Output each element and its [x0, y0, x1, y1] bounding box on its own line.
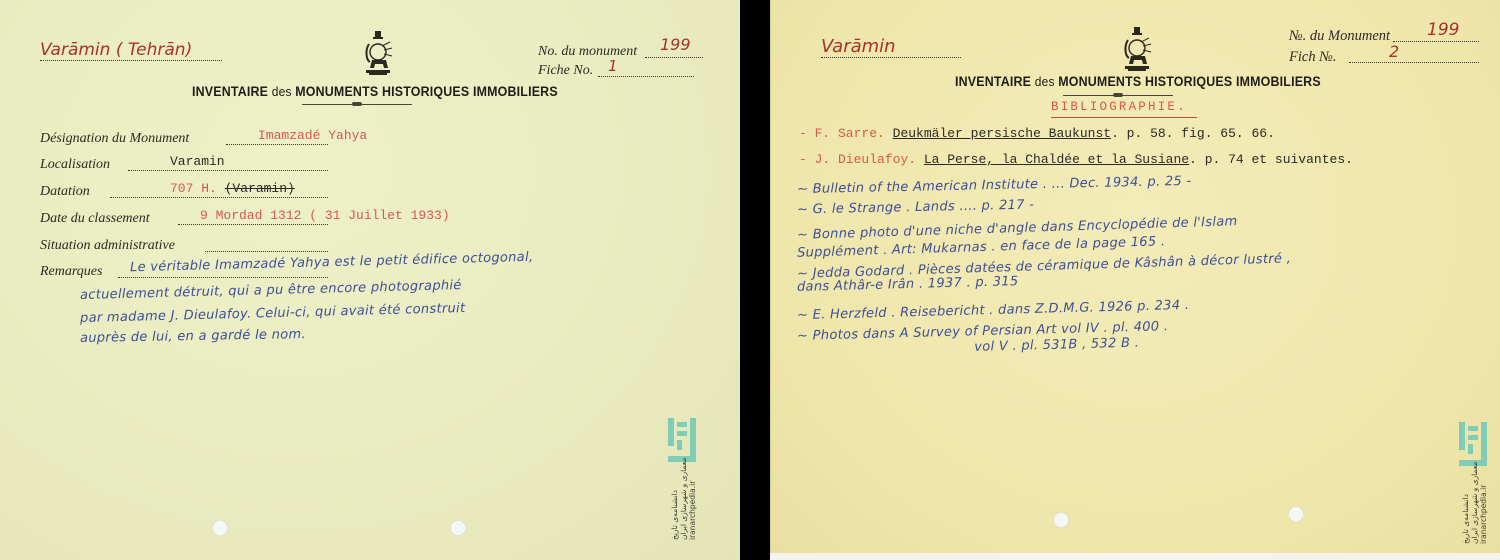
heading-part-3: MONUMENTS HISTORIQUES IMMOBILIERS — [1058, 74, 1321, 89]
watermark-text: دانشنامه‌ی تاریخ معماری و شهرسازی ایران … — [670, 470, 696, 540]
iranarchpedia-watermark: دانشنامه‌ی تاریخ معماری و شهرسازی ایران … — [668, 418, 696, 538]
inventory-heading: INVENTAIRE des MONUMENTS HISTORIQUES IMM… — [192, 84, 558, 99]
handwritten-reference: ~ Bulletin of the American Institute . .… — [797, 174, 1192, 197]
heading-part-2: des — [1035, 74, 1055, 89]
bibliography-section-title: BIBLIOGRAPHIE. — [1051, 100, 1187, 114]
field-value-localisation: Varamin — [170, 154, 225, 169]
lion-and-sun-emblem-icon — [360, 30, 396, 78]
remarks-line-2: actuellement détruit, qui a pu être enco… — [80, 278, 462, 303]
iranarchpedia-watermark: دانشنامه‌ی تاریخ معماری و شهرسازی ایران … — [1459, 422, 1487, 542]
watermark-line-3: iranarchpedia.ir — [688, 470, 697, 540]
lion-and-sun-emblem-icon — [1119, 26, 1155, 74]
reference-author: - F. Sarre. — [799, 126, 885, 141]
punch-hole — [1288, 506, 1304, 522]
inventory-heading: INVENTAIRE des MONUMENTS HISTORIQUES IMM… — [955, 74, 1321, 89]
reference-pages: . p. 74 et suivantes. — [1189, 152, 1353, 167]
punch-hole — [1053, 512, 1069, 528]
fiche-number-label: Fich №. — [1289, 49, 1337, 66]
remarks-line-4: auprès de lui, en a gardé le nom. — [80, 327, 306, 346]
punch-hole — [212, 520, 228, 536]
heading-part-1: INVENTAIRE — [192, 84, 268, 99]
iranarchpedia-logo-icon — [668, 418, 696, 462]
watermark-line-2: معماری و شهرسازی ایران — [1470, 474, 1479, 544]
fiche-number-value: 1 — [608, 57, 618, 75]
field-label-remarques: Remarques — [40, 264, 102, 280]
watermark-line-2: معماری و شهرسازی ایران — [679, 470, 688, 540]
field-value-datation: 707 H. (Varamin) — [170, 181, 295, 196]
card-location: Varāmin — [821, 36, 961, 58]
reference-pages: . p. 58. fig. 65. 66. — [1111, 126, 1275, 141]
watermark-line-3: iranarchpedia.ir — [1479, 474, 1488, 544]
watermark-text: دانشنامه‌ی تاریخ معماری و شهرسازی ایران … — [1461, 474, 1487, 544]
heading-ornament — [302, 104, 412, 105]
reference-title: La Perse, la Chaldée et la Susiane — [924, 152, 1189, 167]
reference-title: Deukmäler persische Baukunst — [893, 126, 1111, 141]
card-location: Varāmin ( Tehrān) — [40, 40, 222, 61]
remarks-line-3: par madame J. Dieulafoy. Celui-ci, qui a… — [80, 301, 466, 326]
bibliography-card-fiche-2: Varāmin №. du Monument 199 Fich №. 2 INV… — [770, 0, 1500, 553]
heading-part-3: MONUMENTS HISTORIQUES IMMOBILIERS — [295, 84, 558, 99]
watermark-line-1: دانشنامه‌ی تاریخ — [1461, 474, 1470, 544]
field-label-date-classement: Date du classement — [40, 211, 150, 227]
field-label-designation: Désignation du Monument — [40, 131, 189, 147]
monument-number-label: No. du monument — [538, 44, 637, 60]
iranarchpedia-logo-icon — [1459, 422, 1487, 466]
field-value-designation: Imamzadé Yahya — [258, 128, 367, 143]
section-title-underline — [1051, 117, 1197, 118]
typed-reference-sarre: - F. Sarre. Deukmäler persische Baukunst… — [799, 126, 1275, 141]
punch-hole — [450, 520, 466, 536]
reference-author: - J. Dieulafoy. — [799, 152, 916, 167]
watermark-line-1: دانشنامه‌ی تاریخ — [670, 470, 679, 540]
heading-part-2: des — [272, 84, 292, 99]
monument-number-value: 199 — [660, 35, 691, 54]
field-label-situation: Situation administrative — [40, 238, 175, 254]
typed-reference-dieulafoy: - J. Dieulafoy. La Perse, la Chaldée et … — [799, 152, 1353, 167]
field-value-date-classement: 9 Mordad 1312 ( 31 Juillet 1933) — [200, 208, 450, 223]
remarks-line-1: Le véritable Imamzadé Yahya est le petit… — [130, 250, 534, 276]
inventory-card-fiche-1: Varāmin ( Tehrān) No. du monument 199 Fi… — [0, 0, 740, 560]
fiche-number-label: Fiche No. — [538, 63, 593, 79]
field-label-localisation: Localisation — [40, 157, 110, 173]
heading-part-1: INVENTAIRE — [955, 74, 1031, 89]
heading-ornament — [1063, 95, 1173, 96]
fiche-number-value: 2 — [1389, 42, 1399, 61]
scan-background-strip — [770, 553, 1500, 560]
monument-number-label: №. du Monument — [1289, 28, 1390, 45]
handwritten-reference: ~ G. le Strange . Lands .... p. 217 - — [797, 198, 1034, 218]
field-label-datation: Datation — [40, 184, 90, 200]
monument-number-value: 199 — [1427, 20, 1459, 40]
datation-value: 707 H. — [170, 181, 217, 196]
datation-struck-value: (Varamin) — [225, 181, 295, 196]
